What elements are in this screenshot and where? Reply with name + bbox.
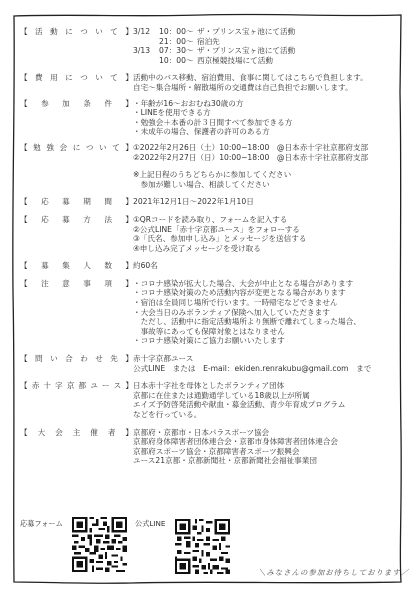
label-char: 赤 (32, 381, 40, 419)
label-char: 【 (20, 381, 28, 419)
label-char: 募 (41, 261, 49, 271)
label-char: 問 (35, 354, 43, 373)
schedule-time: 10：00〜 (159, 56, 193, 66)
list-item: ・コロナ感染対策にご協力お願いいたします (133, 336, 400, 346)
schedule-time: 10：00〜 (159, 27, 193, 37)
label-char: 募 (62, 197, 70, 207)
label-char: つ (80, 27, 88, 65)
label-char: 先 (110, 354, 118, 373)
label-char: 】 (125, 261, 133, 271)
label-char: い (95, 27, 103, 65)
label-char: 】 (125, 428, 133, 466)
text-line: 約60名 (133, 261, 400, 271)
schedule-date: 3/12 (133, 27, 155, 37)
label-conditions: 【 参 加 条 件 】 (20, 99, 133, 137)
step-item: ②公式LINE「赤十字京都ユース」をフォローする (133, 225, 400, 235)
application-method-steps: ①QRコードを読み取り、フォームを記入する ②公式LINE「赤十字京都ユース」を… (133, 215, 400, 253)
text-line: 赤十字京都ユース (133, 354, 400, 364)
label-char: 事 (83, 279, 91, 346)
section-capacity: 【 募 集 人 数 】 約60名 (20, 261, 400, 271)
schedule-date (133, 37, 155, 47)
section-activity: 【 活 動 に つ い て 】 3/12 10：00〜 ザ・プリンス宝ヶ池にて活… (20, 27, 400, 65)
qr-code-icon (175, 519, 230, 574)
label-red-cross-youth: 【 赤 十 字 京 都 ユ ー ス 】 (20, 381, 133, 419)
label-char: 勉 (33, 143, 41, 189)
label-char: 【 (20, 215, 28, 253)
label-char: 【 (20, 197, 28, 207)
label-char: 意 (62, 279, 70, 346)
schedule-date (133, 56, 155, 66)
footer: 応募フォーム 公式LINE (20, 517, 400, 579)
section-cost: 【 費 用 に つ い て 】 活動中のバス移動、宿泊費用、食事に関してはこちら… (20, 73, 400, 92)
label-char: 間 (104, 197, 112, 207)
label-char: 集 (62, 261, 70, 271)
label-char: て (112, 143, 120, 189)
schedule-time: 07：30〜 (159, 46, 193, 56)
label-capacity: 【 募 集 人 数 】 (20, 261, 133, 271)
section-conditions: 【 参 加 条 件 】 ・年齢が16〜おおむね30歳の方 ・LINEを使用できる… (20, 99, 400, 137)
section-application-method: 【 応 募 方 法 】 ①QRコードを読み取り、フォームを記入する ②公式LIN… (20, 215, 400, 253)
text-line: 日本赤十字社を母体としたボランティア団体 (133, 381, 400, 391)
label-char: 【 (20, 354, 28, 373)
label-char: に (73, 143, 81, 189)
list-item: ・コロナ感染対策のため活動内容が変更となる場合があります (133, 288, 400, 298)
label-char: 】 (125, 99, 133, 137)
step-item: ①QRコードを読み取り、フォームを記入する (133, 215, 400, 225)
label-char: 法 (104, 215, 112, 253)
label-char: い (95, 73, 103, 92)
label-char: 応 (41, 215, 49, 253)
label-activity: 【 活 動 に つ い て 】 (20, 27, 133, 65)
label-char: 】 (125, 381, 133, 419)
label-char: 動 (50, 27, 58, 65)
label-char: 【 (20, 428, 28, 466)
qr-code-icon (72, 517, 127, 572)
official-line-label: 公式LINE (135, 519, 165, 529)
label-char: 【 (20, 27, 28, 65)
label-char: 注 (41, 279, 49, 346)
label-char: ユ (90, 381, 98, 419)
application-form-label: 応募フォーム (20, 519, 63, 529)
label-organizers: 【 大 会 主 催 者 】 (20, 428, 133, 466)
text-line: ②2022年2月27日（日）10:00~18:00 @日本赤十字社京都府支部 (133, 153, 400, 163)
label-char: 】 (125, 73, 133, 92)
list-item: ただし、活動中に指定活動場所より無断で離れてしまった場合、 (133, 317, 400, 327)
label-char: 都 (79, 381, 87, 419)
label-char: 催 (90, 428, 98, 466)
label-char: い (99, 143, 107, 189)
label-char: 【 (20, 73, 28, 92)
schedule-date: 3/13 (133, 46, 155, 56)
label-char: 】 (125, 27, 133, 65)
label-char: ー (102, 381, 110, 419)
text-line: 京都府スポーツ協会・京都障害者スポーツ振興会 (133, 447, 400, 457)
label-char: つ (86, 143, 94, 189)
text-line: 京都に在住または通勤通学している18歳以上が所属 (133, 391, 400, 401)
contact-email-line: 公式LINE または E-mail：ekiden.renrakubu@gmail… (133, 364, 400, 374)
label-char: て (110, 27, 118, 65)
label-char: 条 (83, 99, 91, 137)
label-char: 者 (108, 428, 116, 466)
label-char: 会 (60, 143, 68, 189)
section-study-session: 【 勉 強 会 に つ い て 】 ①2022年2月26日（土）10:00~18… (20, 143, 400, 189)
label-char: 合 (65, 354, 73, 373)
label-char: に (65, 73, 73, 92)
list-item: 事故等にあっても保障対象とはなりません (133, 327, 400, 337)
red-cross-youth-text: 日本赤十字社を母体としたボランティア団体 京都に在住または通勤通学している18歳… (133, 381, 400, 419)
section-application-period: 【 応 募 期 間 】 2021年12月1日〜2022年1月10日 (20, 197, 400, 207)
official-line-qr-code[interactable] (175, 519, 230, 574)
label-char: 【 (20, 143, 28, 189)
label-char: ス (114, 381, 122, 419)
schedule-time: 21：00〜 (159, 37, 193, 47)
list-item: ・年齢が16〜おおむね30歳の方 (133, 99, 400, 109)
label-char: わ (80, 354, 88, 373)
label-char: 用 (50, 73, 58, 92)
label-contact: 【 問 い 合 わ せ 先 】 (20, 354, 133, 373)
label-char: 参 (41, 99, 49, 137)
text-line: ①2022年2月26日（土）10:00~18:00 @日本赤十字社京都府支部 (133, 143, 400, 153)
section-contact: 【 問 い 合 わ せ 先 】 赤十字京都ユース 公式LINE または E-ma… (20, 354, 400, 373)
label-char: せ (95, 354, 103, 373)
label-char: 活 (35, 27, 43, 65)
label-char: 十 (43, 381, 51, 419)
label-study-session: 【 勉 強 会 に つ い て 】 (20, 143, 133, 189)
label-char: 人 (83, 261, 91, 271)
label-char: 】 (125, 279, 133, 346)
list-item: ・宿泊は全員同じ場所で行います。一時帰宅などできません (133, 298, 400, 308)
capacity-text: 約60名 (133, 261, 400, 271)
label-char: 】 (125, 197, 133, 207)
closing-message: ＼みなさんの参加お待ちしております／ (258, 567, 409, 578)
label-char: 強 (46, 143, 54, 189)
label-char: 加 (62, 99, 70, 137)
label-application-period: 【 応 募 期 間 】 (20, 197, 133, 207)
contact-text: 赤十字京都ユース 公式LINE または E-mail：ekiden.renrak… (133, 354, 400, 373)
step-item: ④申し込み完了メッセージを受け取る (133, 244, 400, 254)
label-notes: 【 注 意 事 項 】 (20, 279, 133, 346)
list-item: ・未成年の場合、保護者の許可のある方 (133, 127, 400, 137)
step-item: ③「氏名、参加申し込み」とメッセージを送信する (133, 234, 400, 244)
label-char: 【 (20, 279, 28, 346)
list-item: ・大会当日のみボランティア保険へ加入していただきます (133, 308, 400, 318)
label-application-method: 【 応 募 方 法 】 (20, 215, 133, 253)
label-char: 数 (104, 261, 112, 271)
text-line: 京都府・京都市・日本パラスポーツ協会 (133, 428, 400, 438)
flyer-content: 【 活 動 に つ い て 】 3/12 10：00〜 ザ・プリンス宝ヶ池にて活… (20, 27, 400, 466)
label-cost: 【 費 用 に つ い て 】 (20, 73, 133, 92)
schedule-desc: 宿泊先 (197, 37, 400, 47)
label-char: 京 (67, 381, 75, 419)
note-line: 参加が難しい場合、相談してください (133, 180, 400, 190)
label-char: 募 (62, 215, 70, 253)
schedule-desc: 西京極競技場にて活動 (197, 56, 400, 66)
label-char: 応 (41, 197, 49, 207)
label-char: 字 (55, 381, 63, 419)
list-item: ・LINEを使用できる方 (133, 108, 400, 118)
label-char: 】 (125, 215, 133, 253)
label-char: 方 (83, 215, 91, 253)
text-line: 京都府身体障害者団体連合会・京都市身体障害者団体連合会 (133, 437, 400, 447)
study-session-text: ①2022年2月26日（土）10:00~18:00 @日本赤十字社京都府支部 ②… (133, 143, 400, 189)
conditions-list: ・年齢が16〜おおむね30歳の方 ・LINEを使用できる方 ・勉強会＋本番の計３… (133, 99, 400, 137)
label-char: 】 (125, 354, 133, 373)
label-char: 費 (35, 73, 43, 92)
label-char: 大 (38, 428, 46, 466)
text-line: 自宅〜集合場所・解散場所の交通費は自己負担でお願いします。 (133, 83, 400, 93)
notes-list: ・コロナ感染が拡大した場合、大会が中止となる場合があります ・コロナ感染対策のた… (133, 279, 400, 346)
label-char: 【 (20, 99, 28, 137)
application-form-qr-code[interactable] (72, 517, 127, 572)
section-organizers: 【 大 会 主 催 者 】 京都府・京都市・日本パラスポーツ協会 京都府身体障害… (20, 428, 400, 466)
cost-text: 活動中のバス移動、宿泊費用、食事に関してはこちらで負担します。 自宅〜集合場所・… (133, 73, 400, 92)
label-char: 会 (55, 428, 63, 466)
schedule-desc: ザ・プリンス宝ヶ池にて活動 (197, 46, 400, 56)
label-char: 主 (73, 428, 81, 466)
label-char: 件 (104, 99, 112, 137)
label-char: い (50, 354, 58, 373)
activity-schedule: 3/12 10：00〜 ザ・プリンス宝ヶ池にて活動 21：00〜 宿泊先 3/1… (133, 27, 400, 65)
label-char: 【 (20, 261, 28, 271)
section-notes: 【 注 意 事 項 】 ・コロナ感染が拡大した場合、大会が中止となる場合がありま… (20, 279, 400, 346)
text-line: 活動中のバス移動、宿泊費用、食事に関してはこちらで負担します。 (133, 73, 400, 83)
note-line: ※上記日程のうちどちらかに参加してください (133, 170, 400, 180)
text-line: エイズ予防啓発活動や献血・募金活動、青少年育成プログラム (133, 400, 400, 410)
label-char: 項 (104, 279, 112, 346)
organizers-text: 京都府・京都市・日本パラスポーツ協会 京都府身体障害者団体連合会・京都市身体障害… (133, 428, 400, 466)
application-period-text: 2021年12月1日〜2022年1月10日 (133, 197, 400, 207)
label-char: 期 (83, 197, 91, 207)
schedule-desc: ザ・プリンス宝ヶ池にて活動 (197, 27, 400, 37)
label-char: に (65, 27, 73, 65)
list-item: ・勉強会＋本番の計３日間すべて参加できる方 (133, 118, 400, 128)
section-red-cross-youth: 【 赤 十 字 京 都 ユ ー ス 】 日本赤十字社を母体としたボランティア団体… (20, 381, 400, 419)
label-char: つ (80, 73, 88, 92)
text-line: などを行っている。 (133, 410, 400, 420)
label-char: て (110, 73, 118, 92)
text-line: ユース21京都・京都新聞社・京都新聞社会福祉事業団 (133, 456, 400, 466)
label-char: 】 (125, 143, 133, 189)
text-line: 2021年12月1日〜2022年1月10日 (133, 197, 400, 207)
